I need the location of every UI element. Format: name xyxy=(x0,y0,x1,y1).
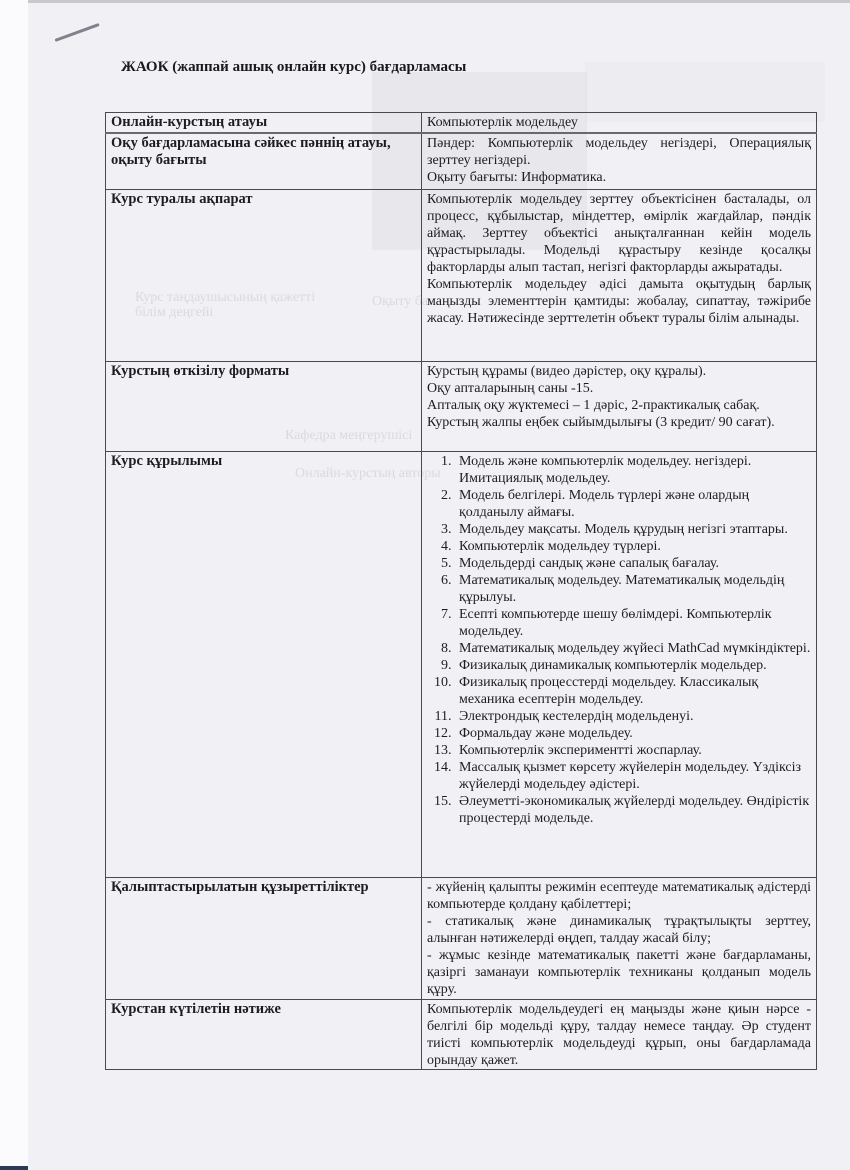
list-item: Формальдау және модельдеу. xyxy=(455,725,811,742)
table-row: Оқу бағдарламасына сәйкес пәннің атауы, … xyxy=(106,133,817,190)
scan-top-edge xyxy=(28,0,850,3)
paragraph: Курстың жалпы еңбек сыйымдылығы (3 креди… xyxy=(427,414,811,431)
table-row: Онлайн-курстың атауы Компьютерлік модель… xyxy=(106,113,817,133)
row-label: Оқу бағдарламасына сәйкес пәннің атауы, … xyxy=(106,133,422,190)
list-item: Әлеуметті-экономикалық жүйелерді модельд… xyxy=(455,793,811,827)
row-value: Курстың құрамы (видео дәрістер, оқу құра… xyxy=(422,362,817,452)
row-label: Онлайн-курстың атауы xyxy=(106,113,422,133)
list-item: Физикалық динамикалық компьютерлік модел… xyxy=(455,657,811,674)
row-label: Курс құрылымы xyxy=(106,452,422,878)
list-item: Модельдеу мақсаты. Модель құрудың негізг… xyxy=(455,521,811,538)
row-label: Курстан күтілетін нәтиже xyxy=(106,1000,422,1070)
list-item: Есепті компьютерде шешу бөлімдері. Компь… xyxy=(455,606,811,640)
row-label: Курс туралы ақпарат xyxy=(106,190,422,362)
row-value: Компьютерлік модельдеу xyxy=(422,113,817,133)
list-item: Математикалық модельдеу жүйесі MathCad м… xyxy=(455,640,811,657)
paragraph: Пәндер: Компьютерлік модельдеу негіздері… xyxy=(427,135,811,169)
table-row: Курс құрылымы Модель және компьютерлік м… xyxy=(106,452,817,878)
document-title: ЖАОК (жаппай ашық онлайн курс) бағдарлам… xyxy=(121,59,466,76)
paragraph: - статикалық және динамикалық тұрақтылық… xyxy=(427,913,811,947)
paragraph: Компьютерлік модельдеу әдісі дамыта оқыт… xyxy=(427,276,811,327)
list-item: Модель және компьютерлік модельдеу. негі… xyxy=(455,453,811,487)
row-value: - жүйенің қалыпты режимін есептеуде мате… xyxy=(422,878,817,1000)
list-item: Модельдерді сандық және сапалық бағалау. xyxy=(455,555,811,572)
scan-margin-strip xyxy=(0,0,28,1170)
table-row: Курс туралы ақпарат Компьютерлік модельд… xyxy=(106,190,817,362)
row-value: Компьютерлік модельдеудегі ең маңызды жә… xyxy=(422,1000,817,1070)
table-row: Қалыптастырылатын құзыреттіліктер - жүйе… xyxy=(106,878,817,1000)
pen-mark xyxy=(54,23,99,42)
list-item: Физикалық процесстерді модельдеу. Класси… xyxy=(455,674,811,708)
course-structure-list: Модель және компьютерлік модельдеу. негі… xyxy=(427,453,811,827)
course-program-table: Онлайн-курстың атауы Компьютерлік модель… xyxy=(105,112,817,1070)
paragraph: Курстың құрамы (видео дәрістер, оқу құра… xyxy=(427,363,811,380)
list-item: Электрондық кестелердің модельденуі. xyxy=(455,708,811,725)
paragraph: Компьютерлік модельдеудегі ең маңызды жә… xyxy=(427,1001,811,1069)
row-value: Компьютерлік модельдеу зерттеу объектісі… xyxy=(422,190,817,362)
paragraph: Оқу апталарының саны -15. xyxy=(427,380,811,397)
paragraph: Компьютерлік модельдеу зерттеу объектісі… xyxy=(427,191,811,276)
table-row: Курстың өткізілу форматы Курстың құрамы … xyxy=(106,362,817,452)
paragraph: Оқыту бағыты: Информатика. xyxy=(427,169,811,186)
table-row: Курстан күтілетін нәтиже Компьютерлік мо… xyxy=(106,1000,817,1070)
list-item: Массалық қызмет көрсету жүйелерін модель… xyxy=(455,759,811,793)
row-label: Қалыптастырылатын құзыреттіліктер xyxy=(106,878,422,1000)
paragraph: - жүйенің қалыпты режимін есептеуде мате… xyxy=(427,879,811,913)
list-item: Компьютерлік модельдеу түрлері. xyxy=(455,538,811,555)
paragraph: Апталық оқу жүктемесі – 1 дәріс, 2-практ… xyxy=(427,397,811,414)
list-item: Компьютерлік экспериментті жоспарлау. xyxy=(455,742,811,759)
paragraph: - жұмыс кезінде математикалық пакетті жә… xyxy=(427,947,811,998)
row-value: Модель және компьютерлік модельдеу. негі… xyxy=(422,452,817,878)
list-item: Модель белгілері. Модель түрлері және ол… xyxy=(455,487,811,521)
list-item: Математикалық модельдеу. Математикалық м… xyxy=(455,572,811,606)
row-label: Курстың өткізілу форматы xyxy=(106,362,422,452)
row-value: Пәндер: Компьютерлік модельдеу негіздері… xyxy=(422,133,817,190)
scan-bottom-edge xyxy=(0,1166,28,1170)
